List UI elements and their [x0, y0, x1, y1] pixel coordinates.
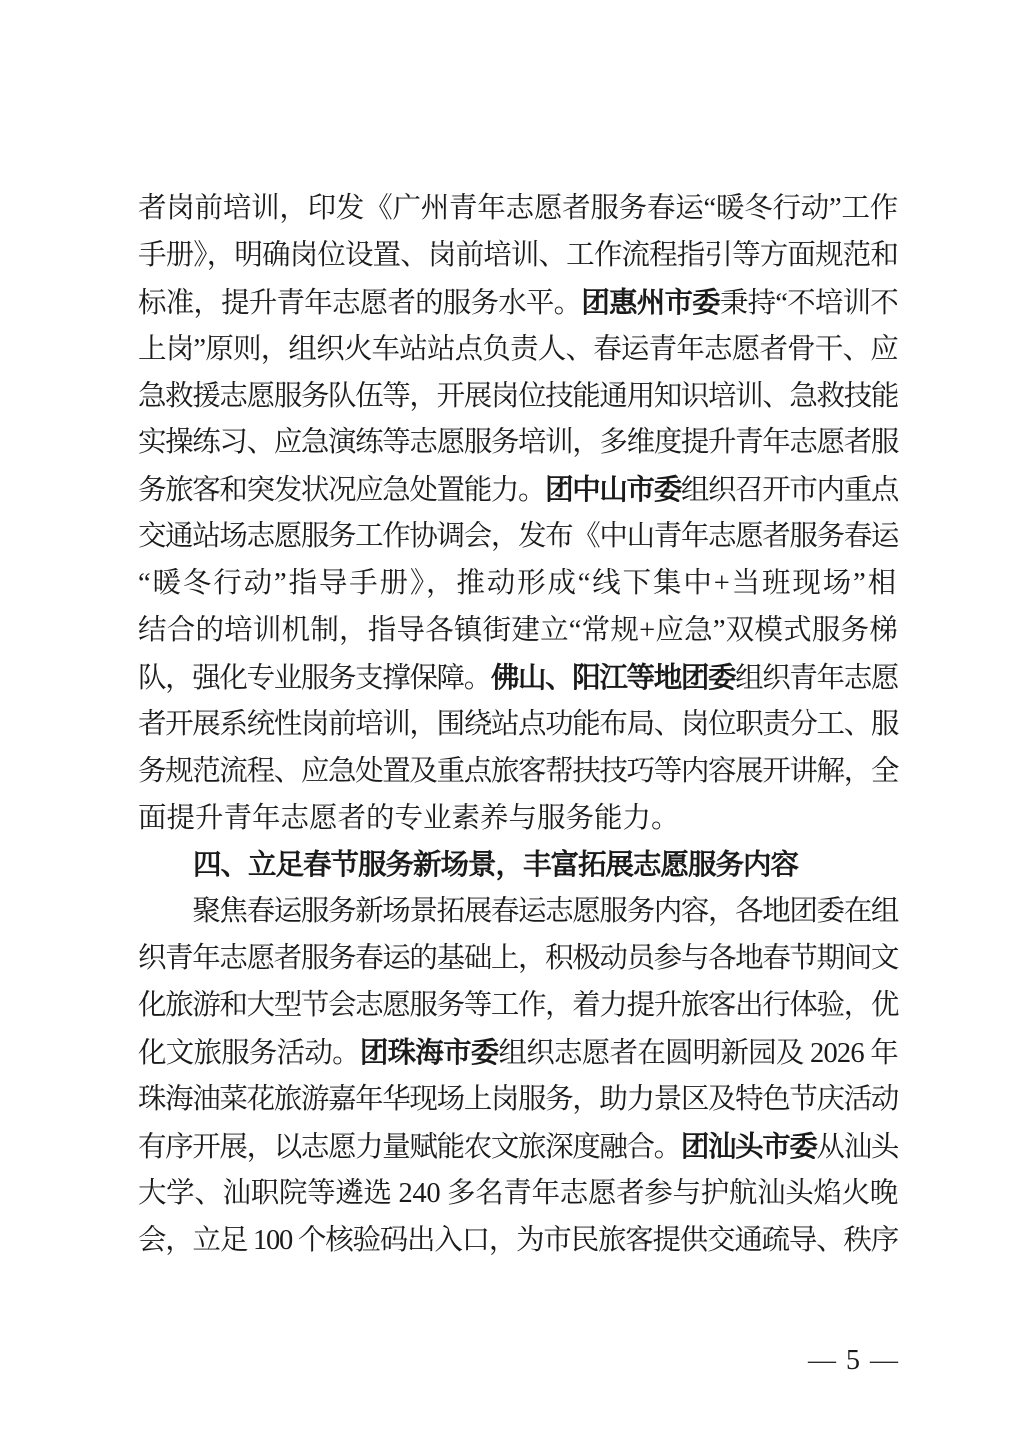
page-number: 5 — [846, 1345, 860, 1376]
text-line: 织青年志愿者服务春运的基础上，积极动员参与各地春节期间文 — [138, 936, 898, 983]
text-line: 大学、汕职院等遴选 240 多名青年志愿者参与护航汕头焰火晚 — [138, 1171, 898, 1218]
emphasis-run: 团珠海市委 — [360, 1036, 499, 1069]
page-footer: —5— — [808, 1340, 898, 1382]
text-run: 织青年志愿者服务春运的基础上，积极动员参与各地春节期间文 — [138, 943, 898, 974]
document-page: 者岗前培训，印发《广州青年志愿者服务春运“暖冬行动”工作手册》，明确岗位设置、岗… — [0, 0, 1024, 1448]
text-run: 组织志愿者在圆明新园及 2026 年 — [499, 1038, 898, 1069]
text-line: 化旅游和大型节会志愿服务等工作，着力提升旅客出行体验，优 — [138, 983, 898, 1030]
text-line: 有序开展，以志愿力量赋能农文旅深度融合。团汕头市委从汕头 — [138, 1124, 898, 1171]
emphasis-run: 团惠州市委 — [581, 286, 720, 319]
line-content: 务旅客和突发状况应急处置能力。团中山市委组织召开市内重点 — [138, 467, 898, 515]
footer-left-dash: — — [808, 1345, 836, 1376]
text-line: 队，强化专业服务支撑保障。佛山、阳江等地团委组织青年志愿 — [138, 655, 898, 702]
line-content: 有序开展，以志愿力量赋能农文旅深度融合。团汕头市委从汕头 — [138, 1124, 898, 1172]
line-content: 结合的培训机制，指导各镇街建立“常规+应急”双模式服务梯 — [138, 608, 898, 655]
text-line: 结合的培训机制，指导各镇街建立“常规+应急”双模式服务梯 — [138, 608, 898, 655]
line-content: 交通站场志愿服务工作协调会，发布《中山青年志愿者服务春运 — [138, 514, 898, 561]
emphasis-run: 团中山市委 — [545, 473, 681, 506]
line-content: 上岗”原则，组织火车站站点负责人、春运青年志愿者骨干、应 — [138, 327, 898, 374]
text-run: 会，立足 100 个核验码出入口，为市民旅客提供交通疏导、秩序 — [138, 1225, 898, 1256]
text-run: 结合的培训机制，指导各镇街建立“常规+应急”双模式服务梯 — [138, 615, 898, 646]
text-run: 急救援志愿服务队伍等，开展岗位技能通用知识培训、急救技能 — [138, 381, 898, 412]
text-run: 标准，提升青年志愿者的服务水平。 — [138, 288, 581, 319]
text-line: 交通站场志愿服务工作协调会，发布《中山青年志愿者服务春运 — [138, 514, 898, 561]
footer-right-dash: — — [870, 1345, 898, 1376]
line-content: 织青年志愿者服务春运的基础上，积极动员参与各地春节期间文 — [138, 936, 898, 983]
text-run: 化文旅服务活动。 — [138, 1038, 360, 1069]
line-content: 化文旅服务活动。团珠海市委组织志愿者在圆明新园及 2026 年 — [138, 1030, 898, 1078]
text-run: 者岗前培训，印发《广州青年志愿者服务春运“暖冬行动”工作 — [138, 193, 898, 224]
text-run: 秉持“不培训不 — [720, 288, 898, 319]
text-run: 上岗”原则，组织火车站站点负责人、春运青年志愿者骨干、应 — [138, 334, 898, 365]
line-content: 标准，提升青年志愿者的服务水平。团惠州市委秉持“不培训不 — [138, 280, 898, 328]
text-run: 实操练习、应急演练等志愿服务培训，多维度提升青年志愿者服 — [138, 427, 898, 458]
text-line: “暖冬行动”指导手册》，推动形成“线下集中+当班现场”相 — [138, 561, 898, 608]
emphasis-run: 团汕头市委 — [681, 1130, 817, 1163]
text-run: 聚焦春运服务新场景拓展春运志愿服务内容，各地团委在组 — [138, 896, 898, 927]
text-line: 聚焦春运服务新场景拓展春运志愿服务内容，各地团委在组 — [138, 889, 898, 936]
line-content: 面提升青年志愿者的专业素养与服务能力。 — [138, 796, 680, 843]
text-run: 交通站场志愿服务工作协调会，发布《中山青年志愿者服务春运 — [138, 521, 898, 552]
line-content: 者开展系统性岗前培训，围绕站点功能布局、岗位职责分工、服 — [138, 702, 898, 749]
line-content: 急救援志愿服务队伍等，开展岗位技能通用知识培训、急救技能 — [138, 374, 898, 421]
text-run: 从汕头 — [817, 1132, 898, 1163]
text-line: 会，立足 100 个核验码出入口，为市民旅客提供交通疏导、秩序 — [138, 1218, 898, 1265]
text-line: 上岗”原则，组织火车站站点负责人、春运青年志愿者骨干、应 — [138, 327, 898, 374]
text-line: 务旅客和突发状况应急处置能力。团中山市委组织召开市内重点 — [138, 467, 898, 514]
line-content: 实操练习、应急演练等志愿服务培训，多维度提升青年志愿者服 — [138, 420, 898, 467]
text-run: “暖冬行动”指导手册》，推动形成“线下集中+当班现场”相 — [138, 568, 898, 599]
document-body: 者岗前培训，印发《广州青年志愿者服务春运“暖冬行动”工作手册》，明确岗位设置、岗… — [138, 186, 898, 1264]
text-line: 急救援志愿服务队伍等，开展岗位技能通用知识培训、急救技能 — [138, 374, 898, 421]
text-run: 手册》，明确岗位设置、岗前培训、工作流程指引等方面规范和 — [138, 240, 898, 271]
text-run: 者开展系统性岗前培训，围绕站点功能布局、岗位职责分工、服 — [138, 709, 898, 740]
text-line: 实操练习、应急演练等志愿服务培训，多维度提升青年志愿者服 — [138, 420, 898, 467]
text-run: 有序开展，以志愿力量赋能农文旅深度融合。 — [138, 1132, 681, 1163]
text-run: 大学、汕职院等遴选 240 多名青年志愿者参与护航汕头焰火晚 — [138, 1178, 898, 1209]
text-run: 珠海油菜花旅游嘉年华现场上岗服务，助力景区及特色节庆活动 — [138, 1084, 898, 1115]
text-run: 务旅客和突发状况应急处置能力。 — [138, 475, 545, 506]
line-content: 珠海油菜花旅游嘉年华现场上岗服务，助力景区及特色节庆活动 — [138, 1077, 898, 1124]
text-run: 组织青年志愿 — [735, 663, 898, 694]
text-line: 手册》，明确岗位设置、岗前培训、工作流程指引等方面规范和 — [138, 233, 898, 280]
text-run: 化旅游和大型节会志愿服务等工作，着力提升旅客出行体验，优 — [138, 990, 898, 1021]
line-content: 者岗前培训，印发《广州青年志愿者服务春运“暖冬行动”工作 — [138, 186, 898, 233]
text-line: 者岗前培训，印发《广州青年志愿者服务春运“暖冬行动”工作 — [138, 186, 898, 233]
line-content: 四、立足春节服务新场景，丰富拓展志愿服务内容 — [138, 842, 798, 889]
text-line: 者开展系统性岗前培训，围绕站点功能布局、岗位职责分工、服 — [138, 702, 898, 749]
text-run: 务规范流程、应急处置及重点旅客帮扶技巧等内容展开讲解，全 — [138, 756, 898, 787]
line-content: 务规范流程、应急处置及重点旅客帮扶技巧等内容展开讲解，全 — [138, 749, 898, 796]
line-content: 会，立足 100 个核验码出入口，为市民旅客提供交通疏导、秩序 — [138, 1218, 898, 1265]
text-line: 务规范流程、应急处置及重点旅客帮扶技巧等内容展开讲解，全 — [138, 749, 898, 796]
text-run: 队，强化专业服务支撑保障。 — [138, 663, 491, 694]
text-run: 面提升青年志愿者的专业素养与服务能力。 — [138, 803, 680, 834]
line-content: 队，强化专业服务支撑保障。佛山、阳江等地团委组织青年志愿 — [138, 655, 898, 703]
line-content: 手册》，明确岗位设置、岗前培训、工作流程指引等方面规范和 — [138, 233, 898, 280]
line-content: 聚焦春运服务新场景拓展春运志愿服务内容，各地团委在组 — [138, 889, 898, 936]
section-heading: 四、立足春节服务新场景，丰富拓展志愿服务内容 — [138, 842, 898, 889]
emphasis-run: 佛山、阳江等地团委 — [491, 661, 735, 694]
text-run: 组织召开市内重点 — [681, 475, 898, 506]
text-line: 化文旅服务活动。团珠海市委组织志愿者在圆明新园及 2026 年 — [138, 1030, 898, 1077]
text-line: 珠海油菜花旅游嘉年华现场上岗服务，助力景区及特色节庆活动 — [138, 1077, 898, 1124]
emphasis-run: 四、立足春节服务新场景，丰富拓展志愿服务内容 — [138, 848, 798, 881]
line-content: 大学、汕职院等遴选 240 多名青年志愿者参与护航汕头焰火晚 — [138, 1171, 898, 1218]
line-content: 化旅游和大型节会志愿服务等工作，着力提升旅客出行体验，优 — [138, 983, 898, 1030]
line-content: “暖冬行动”指导手册》，推动形成“线下集中+当班现场”相 — [138, 561, 898, 608]
text-line: 面提升青年志愿者的专业素养与服务能力。 — [138, 796, 898, 843]
text-line: 标准，提升青年志愿者的服务水平。团惠州市委秉持“不培训不 — [138, 280, 898, 327]
